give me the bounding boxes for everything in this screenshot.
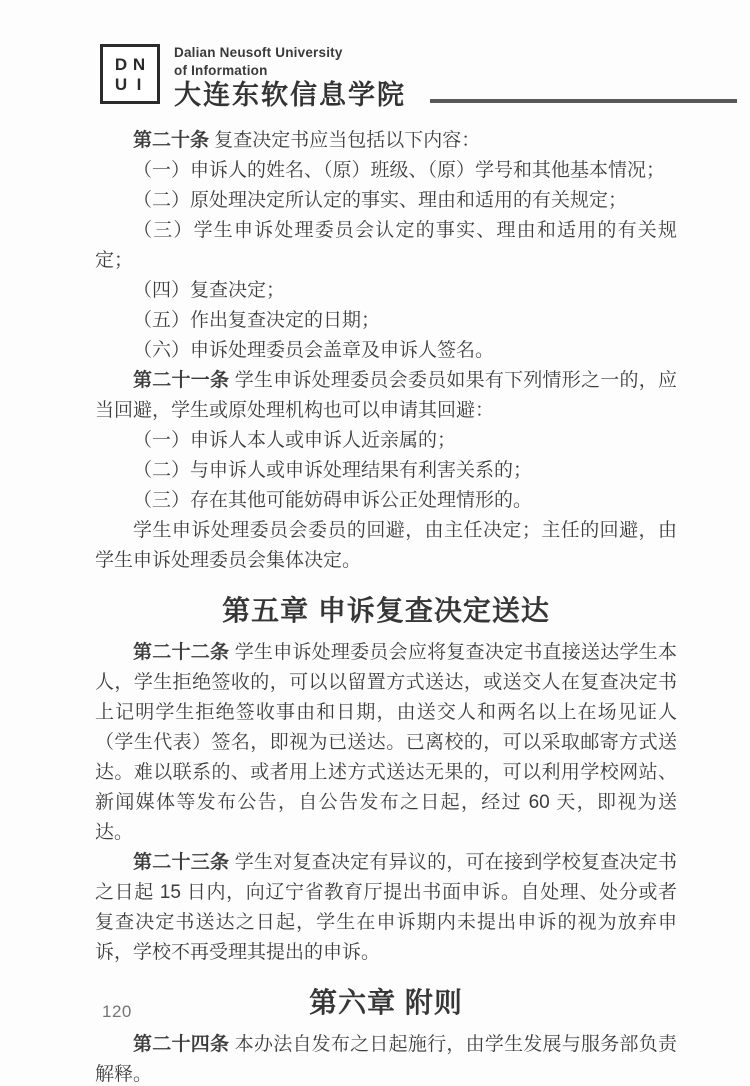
university-name-english-line1: Dalian Neusoft University [174, 44, 737, 62]
article-paragraph: 第二十四条 本办法自发布之日起施行，由学生发展与服务部负责解释。 [95, 1030, 677, 1086]
chapter-heading: 第六章 附则 [95, 984, 677, 1022]
document-page: D N U I Dalian Neusoft University of Inf… [0, 0, 750, 1086]
list-item-paragraph: （四）复查决定； [95, 276, 677, 306]
article-number: 第二十三条 [133, 852, 229, 873]
university-name-chinese: 大连东软信息学院 [174, 81, 406, 111]
list-item-paragraph: （一）申诉人的姓名、（原）班级、（原）学号和其他基本情况； [95, 156, 677, 186]
article-paragraph: 第二十条 复查决定书应当包括以下内容： [95, 126, 677, 156]
article-paragraph: 第二十二条 学生申诉处理委员会应将复查决定书直接送达学生本人，学生拒绝签收的，可… [95, 638, 677, 848]
list-item-paragraph: （三）存在其他可能妨碍申诉公正处理情形的。 [95, 486, 677, 516]
university-title-block: Dalian Neusoft University of Information… [174, 44, 737, 110]
university-header: D N U I Dalian Neusoft University of Inf… [100, 44, 737, 110]
logo-letter-d: D [115, 56, 127, 73]
logo-letter-n: N [133, 56, 145, 73]
article-number: 第二十一条 [133, 370, 229, 391]
list-item-paragraph: （三）学生申诉处理委员会认定的事实、理由和适用的有关规定； [95, 216, 677, 276]
article-number: 第二十二条 [133, 642, 229, 663]
university-name-row: 大连东软信息学院 [174, 81, 737, 111]
article-paragraph: 第二十一条 学生申诉处理委员会委员如果有下列情形之一的，应当回避，学生或原处理机… [95, 366, 677, 426]
body-paragraph: 学生申诉处理委员会委员的回避，由主任决定；主任的回避，由学生申诉处理委员会集体决… [95, 516, 677, 576]
logo-letter-u: U [115, 76, 127, 93]
article-number: 第二十条 [133, 130, 209, 151]
list-item-paragraph: （二）原处理决定所认定的事实、理由和适用的有关规定； [95, 186, 677, 216]
chapter-heading: 第五章 申诉复查决定送达 [95, 592, 677, 630]
page-number: 120 [102, 1002, 132, 1022]
list-item-paragraph: （五）作出复查决定的日期； [95, 306, 677, 336]
article-number: 第二十四条 [133, 1034, 229, 1055]
university-name-english: Dalian Neusoft University of Information [174, 44, 737, 80]
list-item-paragraph: （一）申诉人本人或申诉人近亲属的； [95, 426, 677, 456]
list-item-paragraph: （六）申诉处理委员会盖章及申诉人签名。 [95, 336, 677, 366]
list-item-paragraph: （二）与申诉人或申诉处理结果有利害关系的； [95, 456, 677, 486]
document-body: 第二十条 复查决定书应当包括以下内容：（一）申诉人的姓名、（原）班级、（原）学号… [95, 126, 677, 1086]
university-name-english-line2: of Information [174, 62, 737, 80]
dnui-logo: D N U I [100, 44, 160, 104]
logo-letter-i: I [137, 76, 142, 93]
header-divider-rule [430, 99, 737, 103]
article-paragraph: 第二十三条 学生对复查决定有异议的，可在接到学校复查决定书之日起 15 日内，向… [95, 848, 677, 968]
